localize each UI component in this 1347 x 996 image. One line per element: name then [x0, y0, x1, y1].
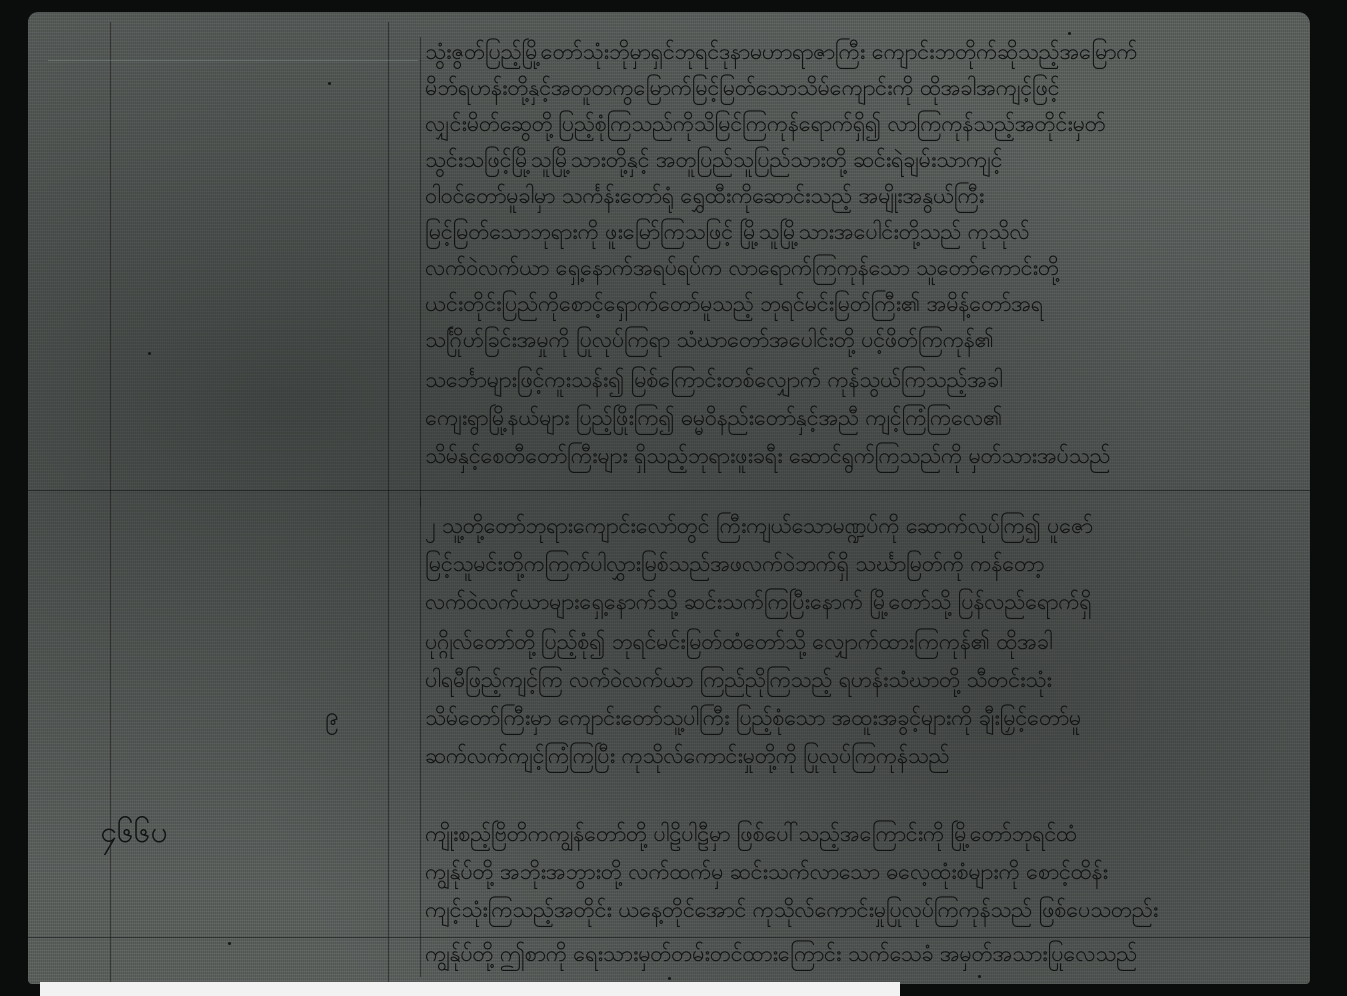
text-line: မြင့်သူမင်းတို့ကကြက်ပါလွှားမြစ်သည်အဖလက်ဝ… — [425, 548, 1305, 582]
ruling-line-text-left-lower — [420, 497, 421, 977]
ruling-line-text-left — [420, 37, 421, 507]
text-line: ကျွန်ုပ်တို့ ဤစာကို ရေးသားမှတ်တမ်းတင်ထား… — [425, 938, 1305, 972]
text-line: ကျင့်သုံးကြသည့်အတိုင်း ယနေ့တိုင်အောင် ကု… — [425, 894, 1305, 928]
text-line: မြင့်မြတ်သောဘုရားကို ဖူးမြော်ကြသဖြင့် မြ… — [425, 216, 1305, 250]
text-line: သွင်းသဖြင့်မြို့သူမြို့သားတို့နှင့် အတူပ… — [425, 144, 1305, 178]
section-divider — [28, 490, 1310, 491]
folio-number: ၄၆၆ပ — [100, 812, 168, 857]
text-line: ကျိုးစည့်ဗြိတိကကျွန်တော်တို့ ပါဠိပါဠီမှာ… — [425, 818, 1305, 852]
ruling-line-middle — [388, 22, 389, 982]
text-line: ပါရမီဖြည့်ကျင့်ကြ လက်ဝဲလက်ယာ ကြည်ညိုကြသည… — [425, 664, 1305, 698]
text-line: သိမ်နှင့်စေတီတော်ကြီးများ ရှိသည့်ဘုရားဖူ… — [425, 440, 1305, 474]
text-line: သိမ်တော်ကြီးမှာ ကျောင်းတော်သူ့ပါကြီး ပြည… — [425, 702, 1305, 736]
text-line: လက်ဝဲလက်ယာ ရှေ့နောက်အရပ်ရပ်က လာရောက်ကြကု… — [425, 252, 1305, 286]
text-line: ပုဂ္ဂိုလ်တော်တို့ပြည့်စုံ၍ ဘုရင်မင်းမြတ်… — [425, 626, 1305, 660]
text-line: ကျေးရွာမြို့နယ်များ ပြည့်ဖြိုးကြ၍ ဓမ္မဝိ… — [425, 402, 1305, 436]
text-line: မိဘ်ရဟန်းတို့နှင့်အတူတကွမြောက်မြင့်မြတ်သ… — [425, 72, 1305, 106]
text-line: သင်္ဂြိုဟ်ခြင်းအမှုကို ပြုလုပ်ကြရာ သံဃာတ… — [425, 324, 1305, 358]
text-line: ဆက်လက်ကျင့်ကြံကြပြီး ကုသိုလ်ကောင်းမှုတို… — [425, 740, 1305, 774]
text-line: လျှင်းမိတ်ဆွေတို့ပြည့်စုံကြသည်ကိုသိမြင်က… — [425, 108, 1305, 142]
text-line: လက်ဝဲလက်ယာများရှေ့နောက်သို့ ဆင်းသက်ကြပြီ… — [425, 586, 1305, 620]
text-line: ၂ သူ့တို့တော်ဘုရားကျောင်းလော်တွင် ကြီးကျ… — [425, 510, 1305, 544]
text-line: ယင်းတိုင်းပြည်ကိုစောင့်ရှောက်တော်မူသည့် … — [425, 288, 1305, 322]
text-line: ကျွန်ုပ်တို့ အဘိုးအဘွားတို့ လက်ထက်မှ ဆင်… — [425, 856, 1305, 890]
section-mark: ၉ — [325, 700, 339, 736]
scan-edge — [40, 982, 900, 996]
text-line: သင်္ဘောများဖြင့်ကူးသန်း၍ မြစ်ကြောင်းတစ်လ… — [425, 364, 1305, 398]
text-line: ဝါဝင်တော်မူခါမှာ သင်္ကန်းတော်ရုံ ရွှေထီး… — [425, 180, 1305, 214]
top-ruling — [48, 60, 418, 61]
text-line: သွံးဇွတ်ပြည့်မြို့တော်သုံးဘိုမှာရှင်ဘုရင… — [425, 36, 1305, 70]
